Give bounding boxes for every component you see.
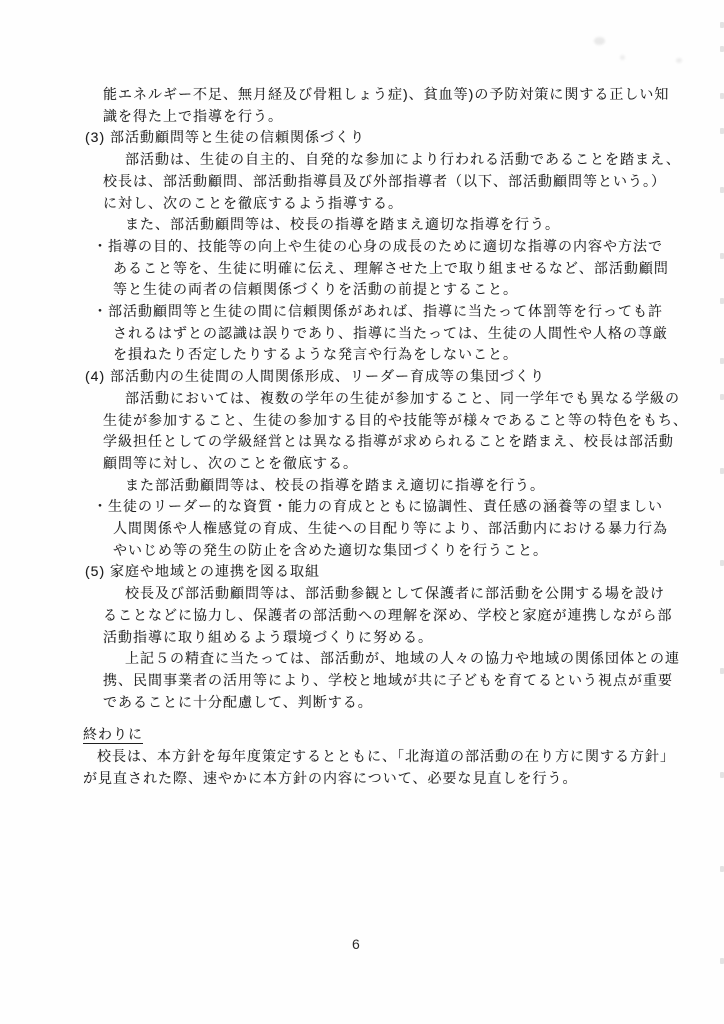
text-line: 等と生徒の両者の信頼関係づくりを活動の前提とすること。: [113, 279, 688, 301]
scan-edge-artifact: [720, 46, 724, 52]
section-heading: (5) 家庭や地域との連携を図る取組: [85, 561, 688, 583]
scan-edge-artifact: [720, 772, 724, 778]
scan-edge-artifact: [720, 394, 724, 400]
text-line: に対し、次のことを徹底するよう指導する。: [103, 193, 688, 215]
text-line: が見直された際、速やかに本方針の内容について、必要な見直しを行う。: [83, 768, 688, 790]
text-line: 能エネルギー不足、無月経及び骨粗しょう症)、貧血等)の予防対策に関する正しい知: [103, 84, 688, 106]
section-heading: (3) 部活動顧問等と生徒の信頼関係づくり: [85, 127, 688, 149]
text-line: 顧問等に対し、次のことを徹底する。: [103, 453, 688, 475]
document-page: 能エネルギー不足、無月経及び骨粗しょう症)、貧血等)の予防対策に関する正しい知 …: [0, 0, 724, 1024]
scan-edge-artifact: [720, 128, 724, 134]
text-line: 生徒が参加すること、生徒の参加する目的や技能等が様々であること等の特色をもち、: [103, 410, 688, 432]
scan-edge-artifact: [720, 866, 724, 872]
closing-heading-text: 終わりに: [83, 726, 143, 744]
text-line: 部活動は、生徒の自主的、自発的な参加により行われる活動であることを踏まえ、: [125, 149, 688, 171]
scan-noise: [676, 58, 682, 63]
scan-edge-artifact: [720, 187, 724, 193]
scan-noise: [620, 55, 625, 60]
scan-edge-artifact: [720, 468, 724, 474]
scan-noise: [594, 37, 605, 45]
bullet-line: ・部活動顧問等と生徒の間に信頼関係があれば、指導に当たって体罰等を行っても許: [93, 301, 688, 323]
text-line: されるはずとの認識は誤りであり、指導に当たっては、生徒の人間性や人格の尊厳: [113, 323, 688, 345]
document-body: 能エネルギー不足、無月経及び骨粗しょう症)、貧血等)の予防対策に関する正しい知 …: [85, 84, 688, 790]
text-line: 学級担任としての学級経営とは異なる指導が求められることを踏まえ、校長は部活動: [103, 431, 688, 453]
scan-edge-artifact: [720, 253, 724, 259]
scan-noise: [640, 330, 646, 335]
section-gap: [85, 713, 688, 724]
text-line: 活動指導に取り組めるよう環境づくりに努める。: [103, 627, 688, 649]
text-line: 校長は、本方針を毎年度策定するとともに、「北海道の部活動の在り方に関する方針」: [97, 746, 688, 768]
bullet-line: ・生徒のリーダー的な資質・能力の育成とともに協調性、責任感の涵養等の望ましい: [93, 496, 688, 518]
scan-edge-artifact: [720, 22, 724, 28]
scan-edge-artifact: [720, 298, 724, 304]
text-line: 校長及び部活動顧問等は、部活動参観として保護者に部活動を公開する場を設け: [125, 583, 688, 605]
text-line: 上記５の精査に当たっては、部活動が、地域の人々の協力や地域の関係団体との連: [125, 648, 688, 670]
text-line: あること等を、生徒に明確に伝え、理解させた上で取り組ませるなど、部活動顧問: [113, 258, 688, 280]
page-number: 6: [352, 936, 360, 952]
text-line: 部活動においては、複数の学年の生徒が参加すること、同一学年でも異なる学級の: [125, 388, 688, 410]
text-line: やいじめ等の発生の防止を含めた適切な集団づくりを行うこと。: [113, 540, 688, 562]
text-line: であることに十分配慮して、判断する。: [103, 692, 688, 714]
text-line: 人間関係や人権感覚の育成、生徒への目配り等により、部活動内における暴力行為: [113, 518, 688, 540]
bullet-line: ・指導の目的、技能等の向上や生徒の心身の成長のために適切な指導の内容や方法で: [93, 236, 688, 258]
text-line: を損ねたり否定したりするような発言や行為をしないこと。: [113, 344, 688, 366]
scan-edge-artifact: [720, 668, 724, 674]
text-line: 校長は、部活動顧問、部活動指導員及び外部指導者（以下、部活動顧問等という。）: [103, 171, 688, 193]
section-heading: (4) 部活動内の生徒間の人間関係形成、リーダー育成等の集団づくり: [85, 366, 688, 388]
scan-edge-artifact: [720, 358, 724, 364]
closing-heading: 終わりに: [83, 724, 688, 746]
text-line: 識を得た上で指導を行う。: [103, 106, 688, 128]
scan-edge-artifact: [720, 958, 724, 964]
text-line: また部活動顧問等は、校長の指導を踏まえ適切に指導を行う。: [125, 475, 688, 497]
scan-edge-artifact: [720, 560, 724, 566]
scan-edge-artifact: [720, 93, 724, 99]
text-line: 携、民間事業者の活用等により、学校と地域が共に子どもを育てるという視点が重要: [103, 670, 688, 692]
text-line: また、部活動顧問等は、校長の指導を踏まえ適切な指導を行う。: [125, 214, 688, 236]
text-line: ることなどに協力し、保護者の部活動への理解を深め、学校と家庭が連携しながら部: [103, 605, 688, 627]
